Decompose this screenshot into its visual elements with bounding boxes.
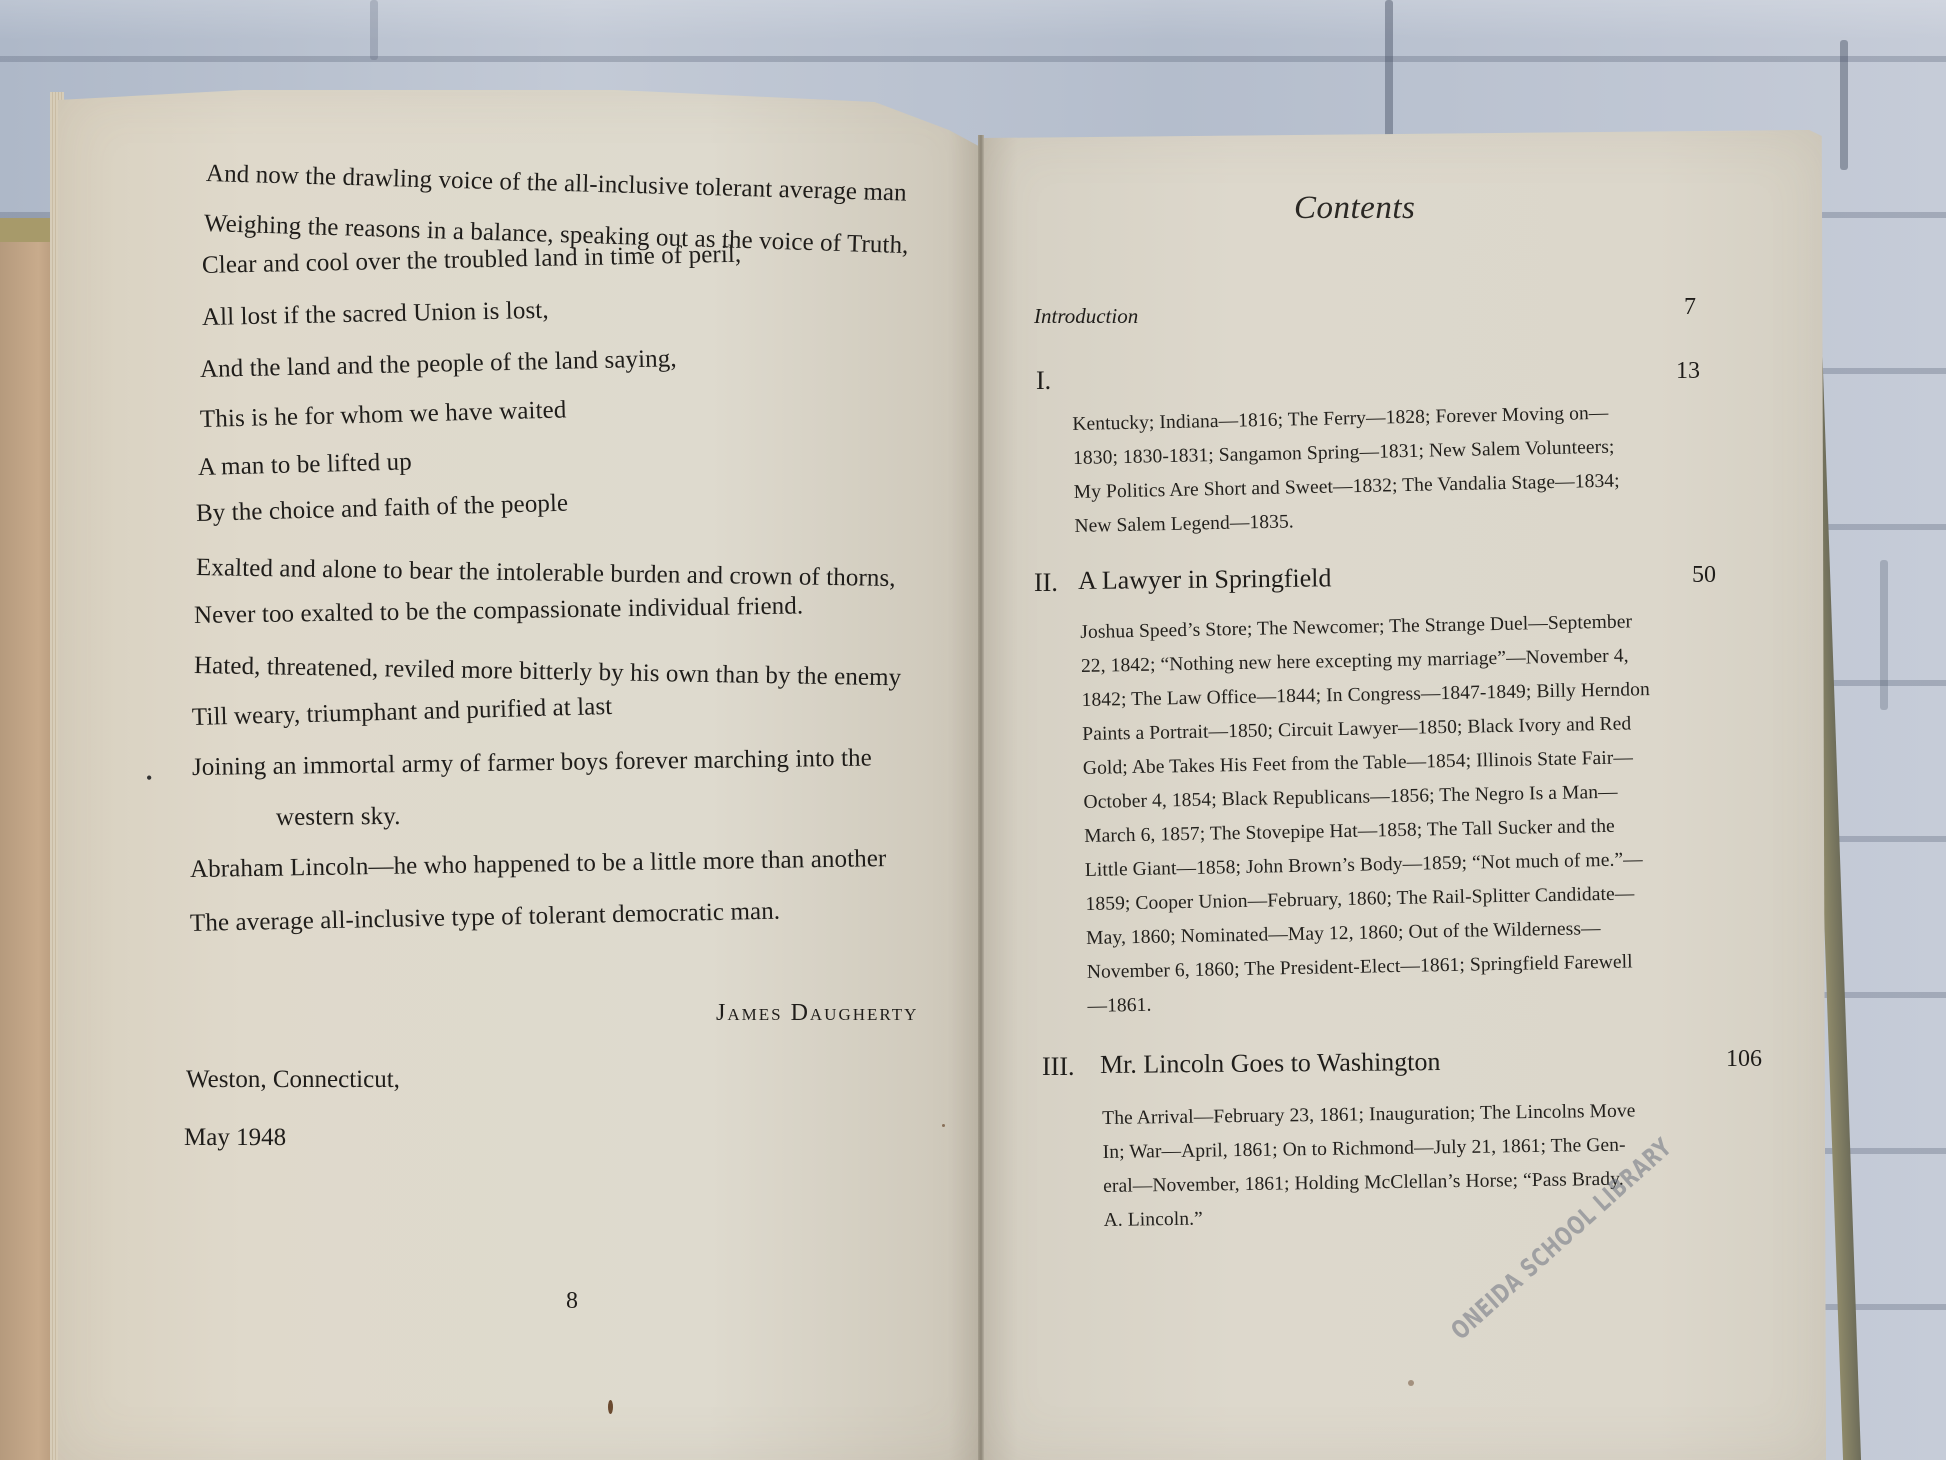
contents-title: Contents — [1294, 190, 1415, 227]
toc-page-number: 13 — [1676, 358, 1700, 385]
date-line: May 1948 — [184, 1124, 286, 1152]
toc-page-number: 106 — [1726, 1046, 1762, 1073]
paper-speck — [942, 1124, 945, 1127]
poem-line: A man to be lifted up — [198, 448, 413, 482]
mortar-line — [1385, 0, 1393, 140]
toc-chapter-numeral: II. — [1034, 568, 1058, 598]
poem-line: western sky. — [276, 803, 401, 832]
author-signature: James Daugherty — [716, 1000, 918, 1027]
book-gutter — [978, 135, 984, 1460]
mortar-line — [1840, 40, 1848, 170]
toc-chapter-numeral: I. — [1036, 366, 1051, 396]
toc-page-number: 50 — [1692, 562, 1716, 589]
toc-chapter-description: The Arrival—February 23, 1861; Inaugurat… — [1102, 1095, 1637, 1238]
toc-chapter-numeral: III. — [1042, 1052, 1074, 1082]
paper-speck — [1408, 1380, 1414, 1386]
margin-dot: • — [146, 768, 152, 789]
toc-chapter-description: Joshua Speed’s Store; The Newcomer; The … — [1080, 605, 1656, 1024]
place-line: Weston, Connecticut, — [186, 1066, 400, 1094]
toc-entry-introduction: Introduction — [1034, 304, 1138, 329]
mortar-line — [370, 0, 378, 60]
toc-chapter-description: Kentucky; Indiana—1816; The Ferry—1828; … — [1072, 397, 1621, 544]
toc-page-number: 7 — [1684, 294, 1696, 321]
toc-chapter-title: A Lawyer in Springfield — [1078, 563, 1332, 596]
paper-speck — [608, 1400, 613, 1414]
page-number: 8 — [566, 1288, 578, 1315]
toc-chapter-title: Mr. Lincoln Goes to Washington — [1100, 1047, 1441, 1080]
mortar-line — [1880, 560, 1888, 710]
